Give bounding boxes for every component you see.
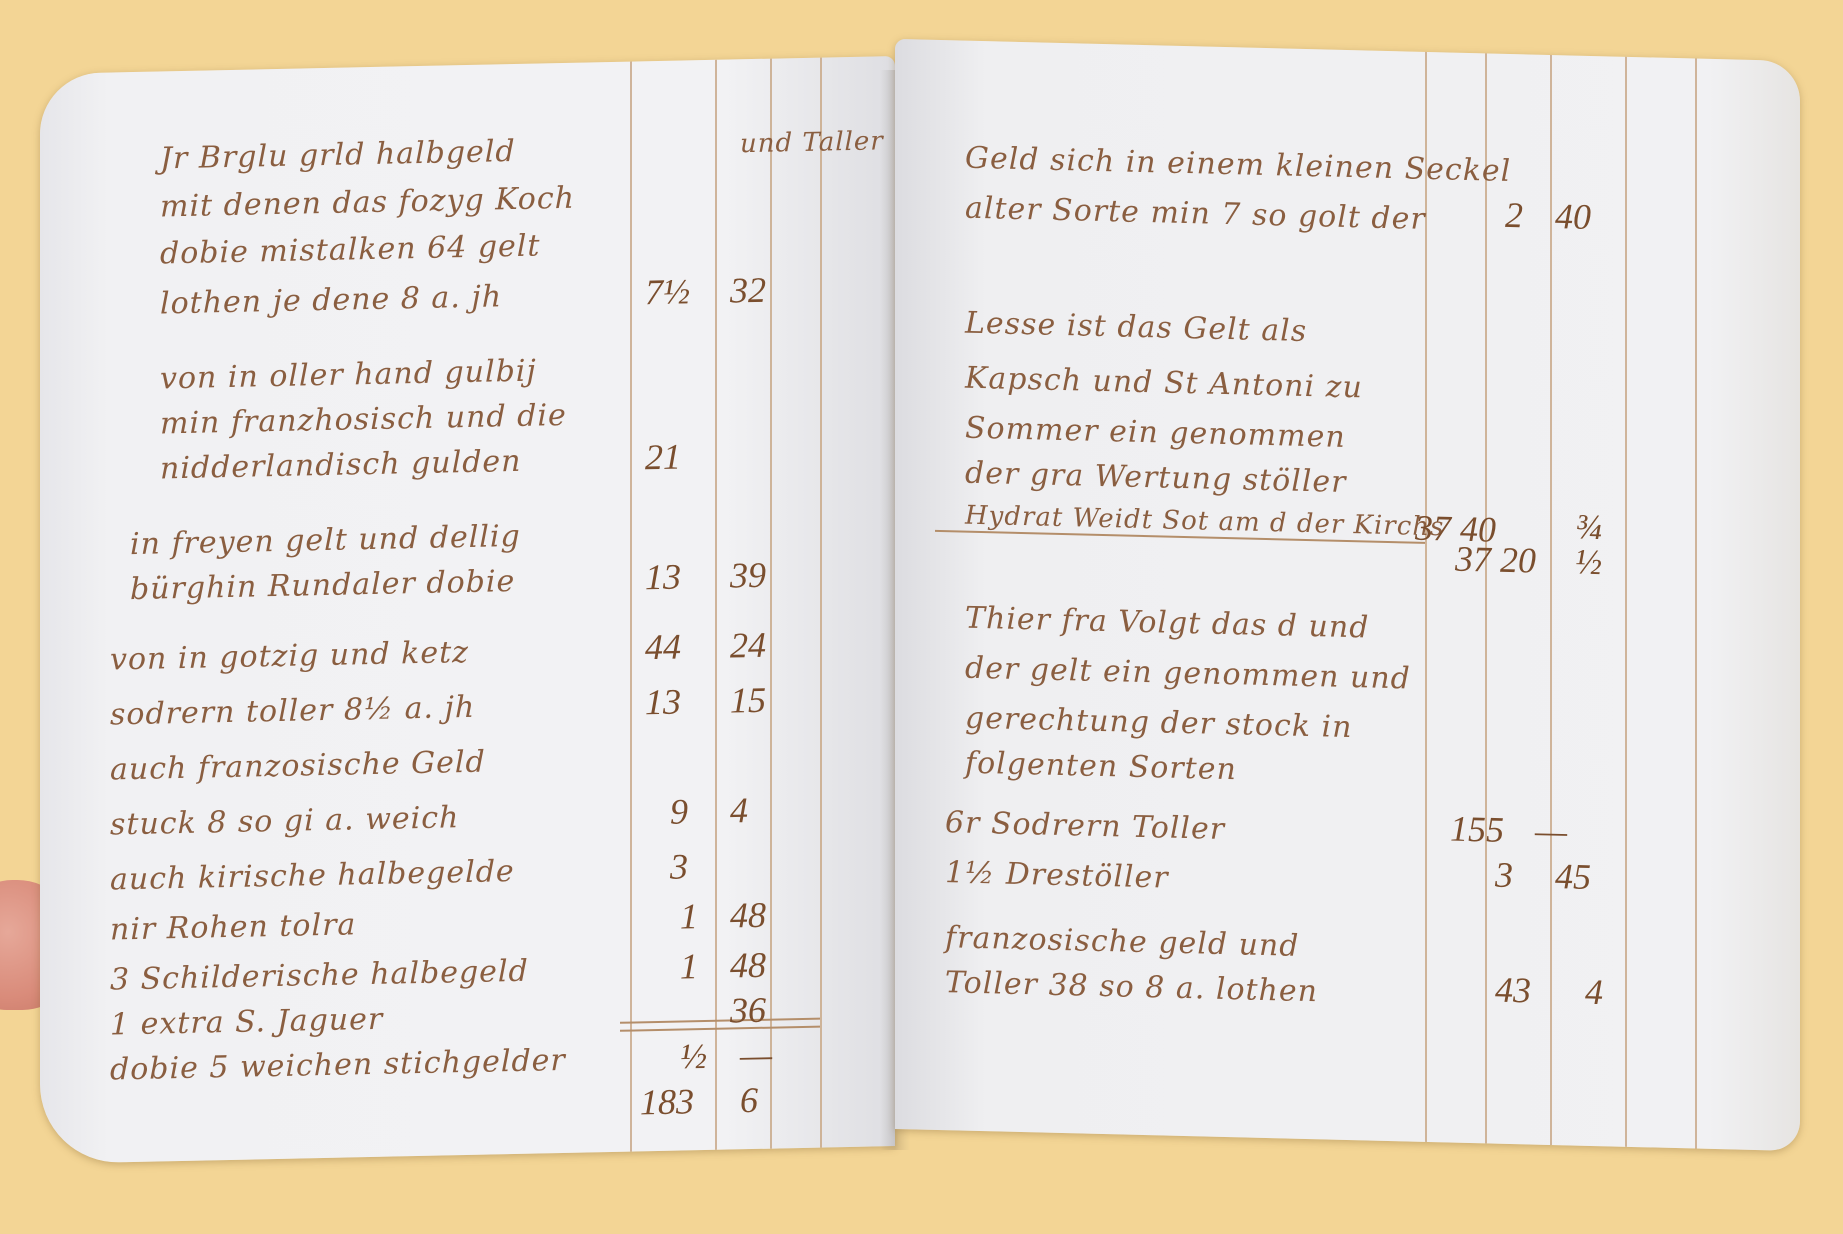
ledger-line: 1½ Drestöller <box>945 855 1169 895</box>
amount-a: 44 <box>645 626 681 669</box>
ledger-line: alter Sorte min 7 so golt der <box>965 191 1426 237</box>
ledger-line: in freyen gelt und dellig <box>130 519 521 562</box>
amount-b: 24 <box>730 624 766 667</box>
amount-b: 45 <box>1555 855 1591 898</box>
amount-a: 9 <box>670 790 688 832</box>
total-rule <box>620 1018 820 1024</box>
amount-b: 15 <box>730 679 766 722</box>
column-rule <box>820 58 822 1148</box>
ledger-line: und Taller <box>740 126 884 159</box>
ledger-line: Hydrat Weidt Sot am d der Kirchs <box>965 501 1444 543</box>
amount-b: 48 <box>730 894 766 937</box>
ledger-line: bürghin Rundaler dobie <box>130 564 515 607</box>
amount-a: ½ <box>680 1035 707 1078</box>
ledger-line: dobie 5 weichen stichgelder <box>110 1043 566 1088</box>
column-rule <box>1550 55 1552 1145</box>
ledger-line: Geld sich in einem kleinen Seckel <box>965 141 1511 189</box>
left-page: Jr Brglu grld halbgeld und Taller mit de… <box>40 56 895 1164</box>
ledger-line: sodrern toller 8½ a. jh <box>110 690 475 733</box>
amount-a: 43 <box>1495 969 1531 1012</box>
ledger-line: Sommer ein genommen <box>965 411 1346 455</box>
amount-a: 1 <box>680 945 698 987</box>
amount-a: 13 <box>645 556 681 599</box>
ledger-line: dobie mistalken 64 gelt <box>160 228 540 271</box>
amount-a: 1 <box>680 895 698 937</box>
ledger-line: franzosische geld und <box>945 920 1299 964</box>
amount-a: 2 <box>1505 194 1523 236</box>
column-rule <box>715 60 717 1150</box>
ledger-line: nir Rohen tolra <box>110 907 356 947</box>
ledger-line: 1 extra S. Jaguer <box>110 1002 383 1043</box>
ledger-line: gerechtung der stock in <box>965 701 1352 745</box>
amount-b: — <box>740 1034 772 1077</box>
right-page: Geld sich in einem kleinen Seckel alter … <box>895 39 1800 1151</box>
ledger-line: der gelt ein genommen und <box>965 651 1411 697</box>
ledger-line: Toller 38 so 8 a. lothen <box>945 965 1318 1009</box>
column-rule <box>770 59 772 1149</box>
column-rule <box>1485 53 1487 1143</box>
ledger-line: auch kirische halbegelde <box>110 854 515 897</box>
ledger-line: auch franzosische Geld <box>110 745 486 788</box>
amount-b: 4 <box>1585 971 1603 1013</box>
amount-b: 39 <box>730 554 766 597</box>
ledger-line: folgenten Sorten <box>965 746 1237 788</box>
ledger-line: von in oller hand gulbij <box>160 354 537 397</box>
amount-b: — <box>1535 810 1567 853</box>
ledger-line: nidderlandisch gulden <box>160 444 521 487</box>
amount-b: 40 <box>1555 195 1591 238</box>
amount-b: 32 <box>730 269 766 312</box>
ledger-line: stuck 8 so gi a. weich <box>110 800 459 842</box>
ledger-line: der gra Wertung stöller <box>965 456 1347 500</box>
amount-a: 37 20 <box>1455 538 1536 582</box>
total-amount-a: 183 <box>640 1080 694 1123</box>
amount-b: 4 <box>730 789 748 831</box>
amount-a: 7½ <box>645 270 690 313</box>
amount-a: 3 <box>670 845 688 887</box>
amount-b: ½ <box>1575 541 1602 584</box>
ledger-line: Lesse ist das Gelt als <box>965 306 1307 349</box>
amount-a: 13 <box>645 681 681 724</box>
column-rule <box>1625 57 1627 1147</box>
ledger-line: lothen je dene 8 a. jh <box>160 279 502 321</box>
ledger-line: 3 Schilderische halbegeld <box>110 954 529 998</box>
ledger-line: Jr Brglu grld halbgeld <box>160 134 516 176</box>
ledger-line: Thier fra Volgt das d und <box>965 601 1369 646</box>
amount-a: 3 <box>1495 854 1513 896</box>
open-ledger-book: Jr Brglu grld halbgeld und Taller mit de… <box>0 0 1843 1234</box>
amount-a: 21 <box>645 436 681 479</box>
amount-b: 36 <box>730 989 766 1032</box>
amount-b: 48 <box>730 944 766 987</box>
total-amount-b: 6 <box>740 1079 758 1121</box>
ledger-line: mit denen das fozyg Koch <box>160 181 575 225</box>
ledger-line: von in gotzig und ketz <box>110 635 469 678</box>
ledger-line: 6r Sodrern Toller <box>945 805 1225 847</box>
column-rule <box>1695 58 1697 1148</box>
ledger-line: min franzhosisch und die <box>160 398 567 442</box>
amount-a: 155 <box>1450 808 1504 851</box>
total-rule <box>620 1026 820 1032</box>
column-rule <box>630 62 632 1152</box>
ledger-line: Kapsch und St Antoni zu <box>965 361 1363 406</box>
